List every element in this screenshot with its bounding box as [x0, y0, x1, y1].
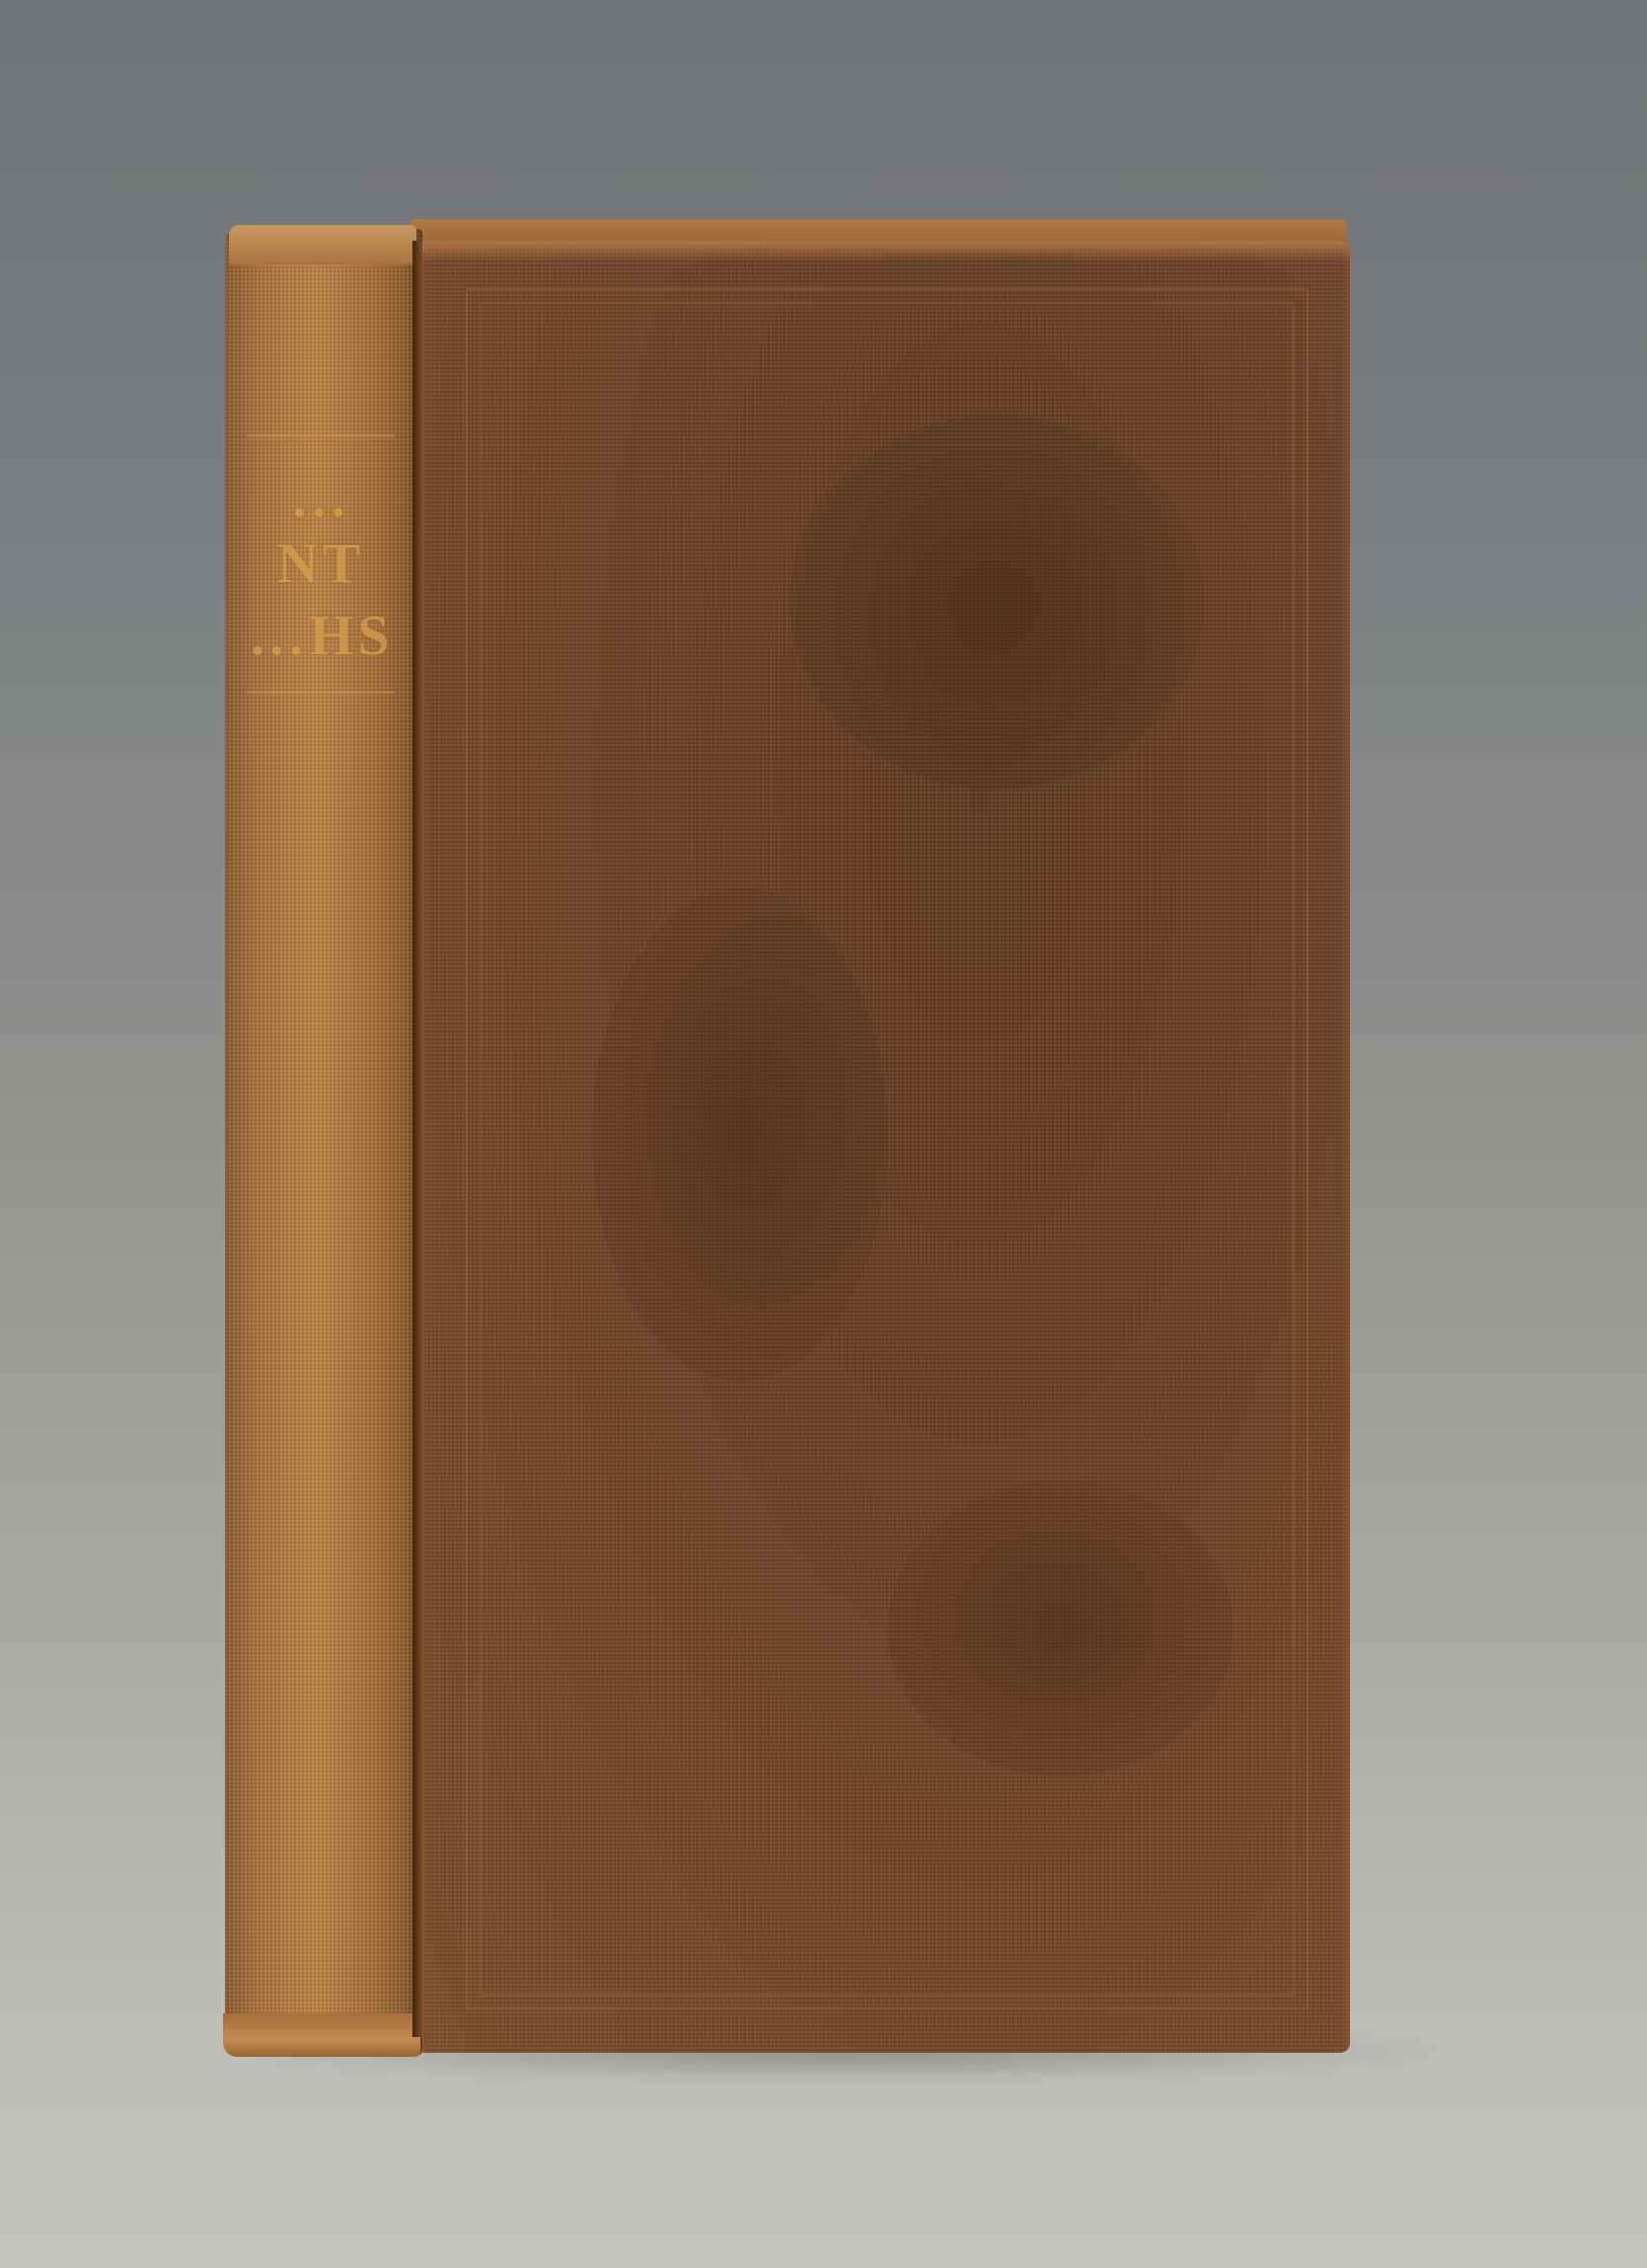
photo-backdrop: …NT …HS: [0, 0, 1647, 2268]
spine-head-frayed: [229, 225, 416, 265]
spine-title-line-2: …HS: [247, 602, 395, 668]
cover-stain: [592, 888, 888, 1382]
page-block-top-edge: [410, 219, 1347, 243]
spine-tail-frayed: [223, 2013, 420, 2057]
front-cover-top-edge: [422, 241, 1350, 263]
spine-title-line-1: …NT: [247, 464, 395, 596]
spine-gilt-rule: [247, 434, 395, 437]
spine-gilt-rule: [247, 691, 395, 694]
antique-book: …NT …HS: [0, 0, 1647, 2268]
cover-stain: [888, 1480, 1234, 1777]
cover-stain: [789, 415, 1204, 790]
